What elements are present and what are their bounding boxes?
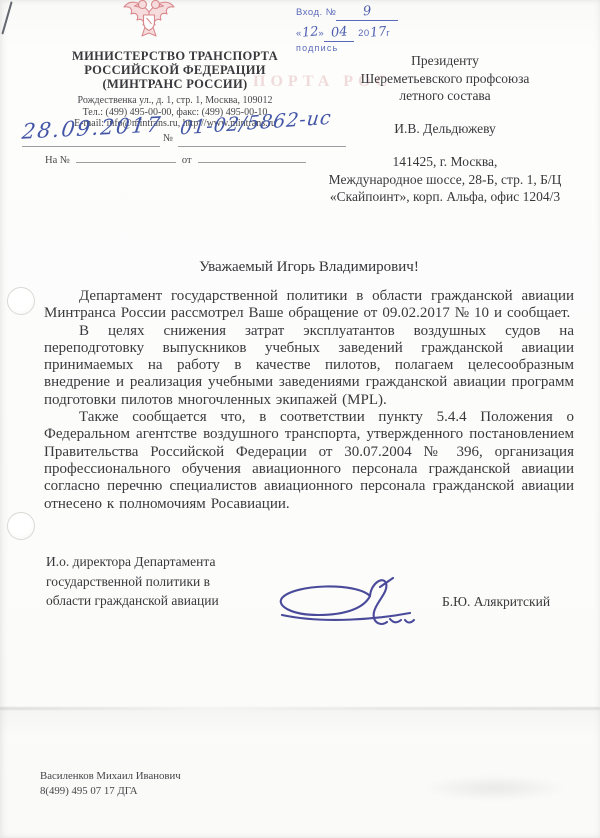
executor-phone: 8(499) 495 07 17 ДГА — [40, 784, 181, 799]
reply-reference-row: На № от — [45, 152, 306, 166]
paragraph-1: Департамент государственной политики в о… — [44, 288, 574, 323]
date-rule — [22, 146, 160, 147]
reply-from-label: от — [182, 155, 192, 166]
stamp-year-prefix: 20 — [358, 28, 370, 39]
stamp-year-handwritten: 17 — [369, 24, 387, 40]
paragraph-2: В целях снижения затрат эксплуатантов во… — [44, 323, 574, 409]
number-sign: № — [163, 133, 173, 144]
addressee-line3: летного состава — [295, 87, 595, 105]
signer-name: Б.Ю. Алякритский — [442, 594, 550, 610]
org-name-line2: РОССИЙСКОЙ ФЕДЕРАЦИИ — [28, 63, 322, 77]
letter-body: Департамент государственной политики в о… — [44, 288, 574, 513]
scan-smudge — [420, 775, 570, 801]
entry-stamp: Вход. № 9 « 12 » 04 20 17 г подпись — [296, 2, 446, 53]
executor-name: Василенков Михаил Иванович — [40, 769, 181, 784]
signer-title: И.о. директора Департамента государствен… — [46, 552, 286, 611]
reply-number-blank — [76, 152, 176, 163]
scanned-letter-page: ПОРТА РОС Вход. № 9 « 12 — [0, 0, 600, 838]
coat-of-arms-icon — [120, 0, 178, 46]
stamp-title: Вход. № — [296, 7, 336, 18]
signer-title-line1: И.о. директора Департамента — [46, 552, 286, 572]
addressee-line2: Шереметьевского профсоюза — [295, 70, 595, 88]
pen-mark — [1, 1, 13, 34]
addressee-line1: Президенту — [295, 52, 595, 70]
signer-title-line3: области гражданской авиации — [46, 591, 286, 611]
addressee-address-line2: Международное шоссе, 28-Б, стр. 1, Б/Ц — [295, 171, 595, 189]
addressee-address-line1: 141425, г. Москва, — [295, 153, 595, 171]
handwritten-signature — [252, 574, 422, 644]
paragraph-3: Также сообщается что, в соответствии пун… — [44, 409, 574, 513]
stamp-number-handwritten: 9 — [363, 4, 373, 20]
stamp-number-row: Вход. № 9 — [296, 2, 446, 21]
reply-date-blank — [198, 152, 306, 163]
org-name-line3: (МИНТРАНС РОССИИ) — [28, 77, 322, 91]
org-address: Рождественка ул., д. 1, стр. 1, Москва, … — [28, 95, 322, 107]
punch-hole — [7, 512, 35, 540]
addressee-block: Президенту Шереметьевского профсоюза лет… — [295, 52, 595, 206]
salutation: Уважаемый Игорь Владимирович! — [44, 259, 574, 276]
addressee-address-line3: «Скайпоинт», корп. Альфа, офис 1204/3 — [295, 188, 595, 206]
stamp-date-row: « 12 » 04 20 17 г — [296, 23, 446, 42]
signer-title-line2: государственной политики в — [46, 572, 286, 592]
addressee-name: И.В. Дельдюжеву — [295, 120, 595, 138]
executor-block: Василенков Михаил Иванович 8(499) 495 07… — [40, 769, 181, 798]
punch-hole — [7, 287, 35, 315]
stamp-signature-label: подпись — [296, 43, 446, 53]
org-name-line1: МИНИСТЕРСТВО ТРАНСПОРТА — [28, 49, 322, 63]
reply-to-label: На № — [45, 155, 70, 166]
fold-shadow — [0, 710, 600, 736]
stamp-month-handwritten: 04 — [330, 24, 348, 40]
stamp-day-handwritten: 12 — [301, 24, 319, 40]
